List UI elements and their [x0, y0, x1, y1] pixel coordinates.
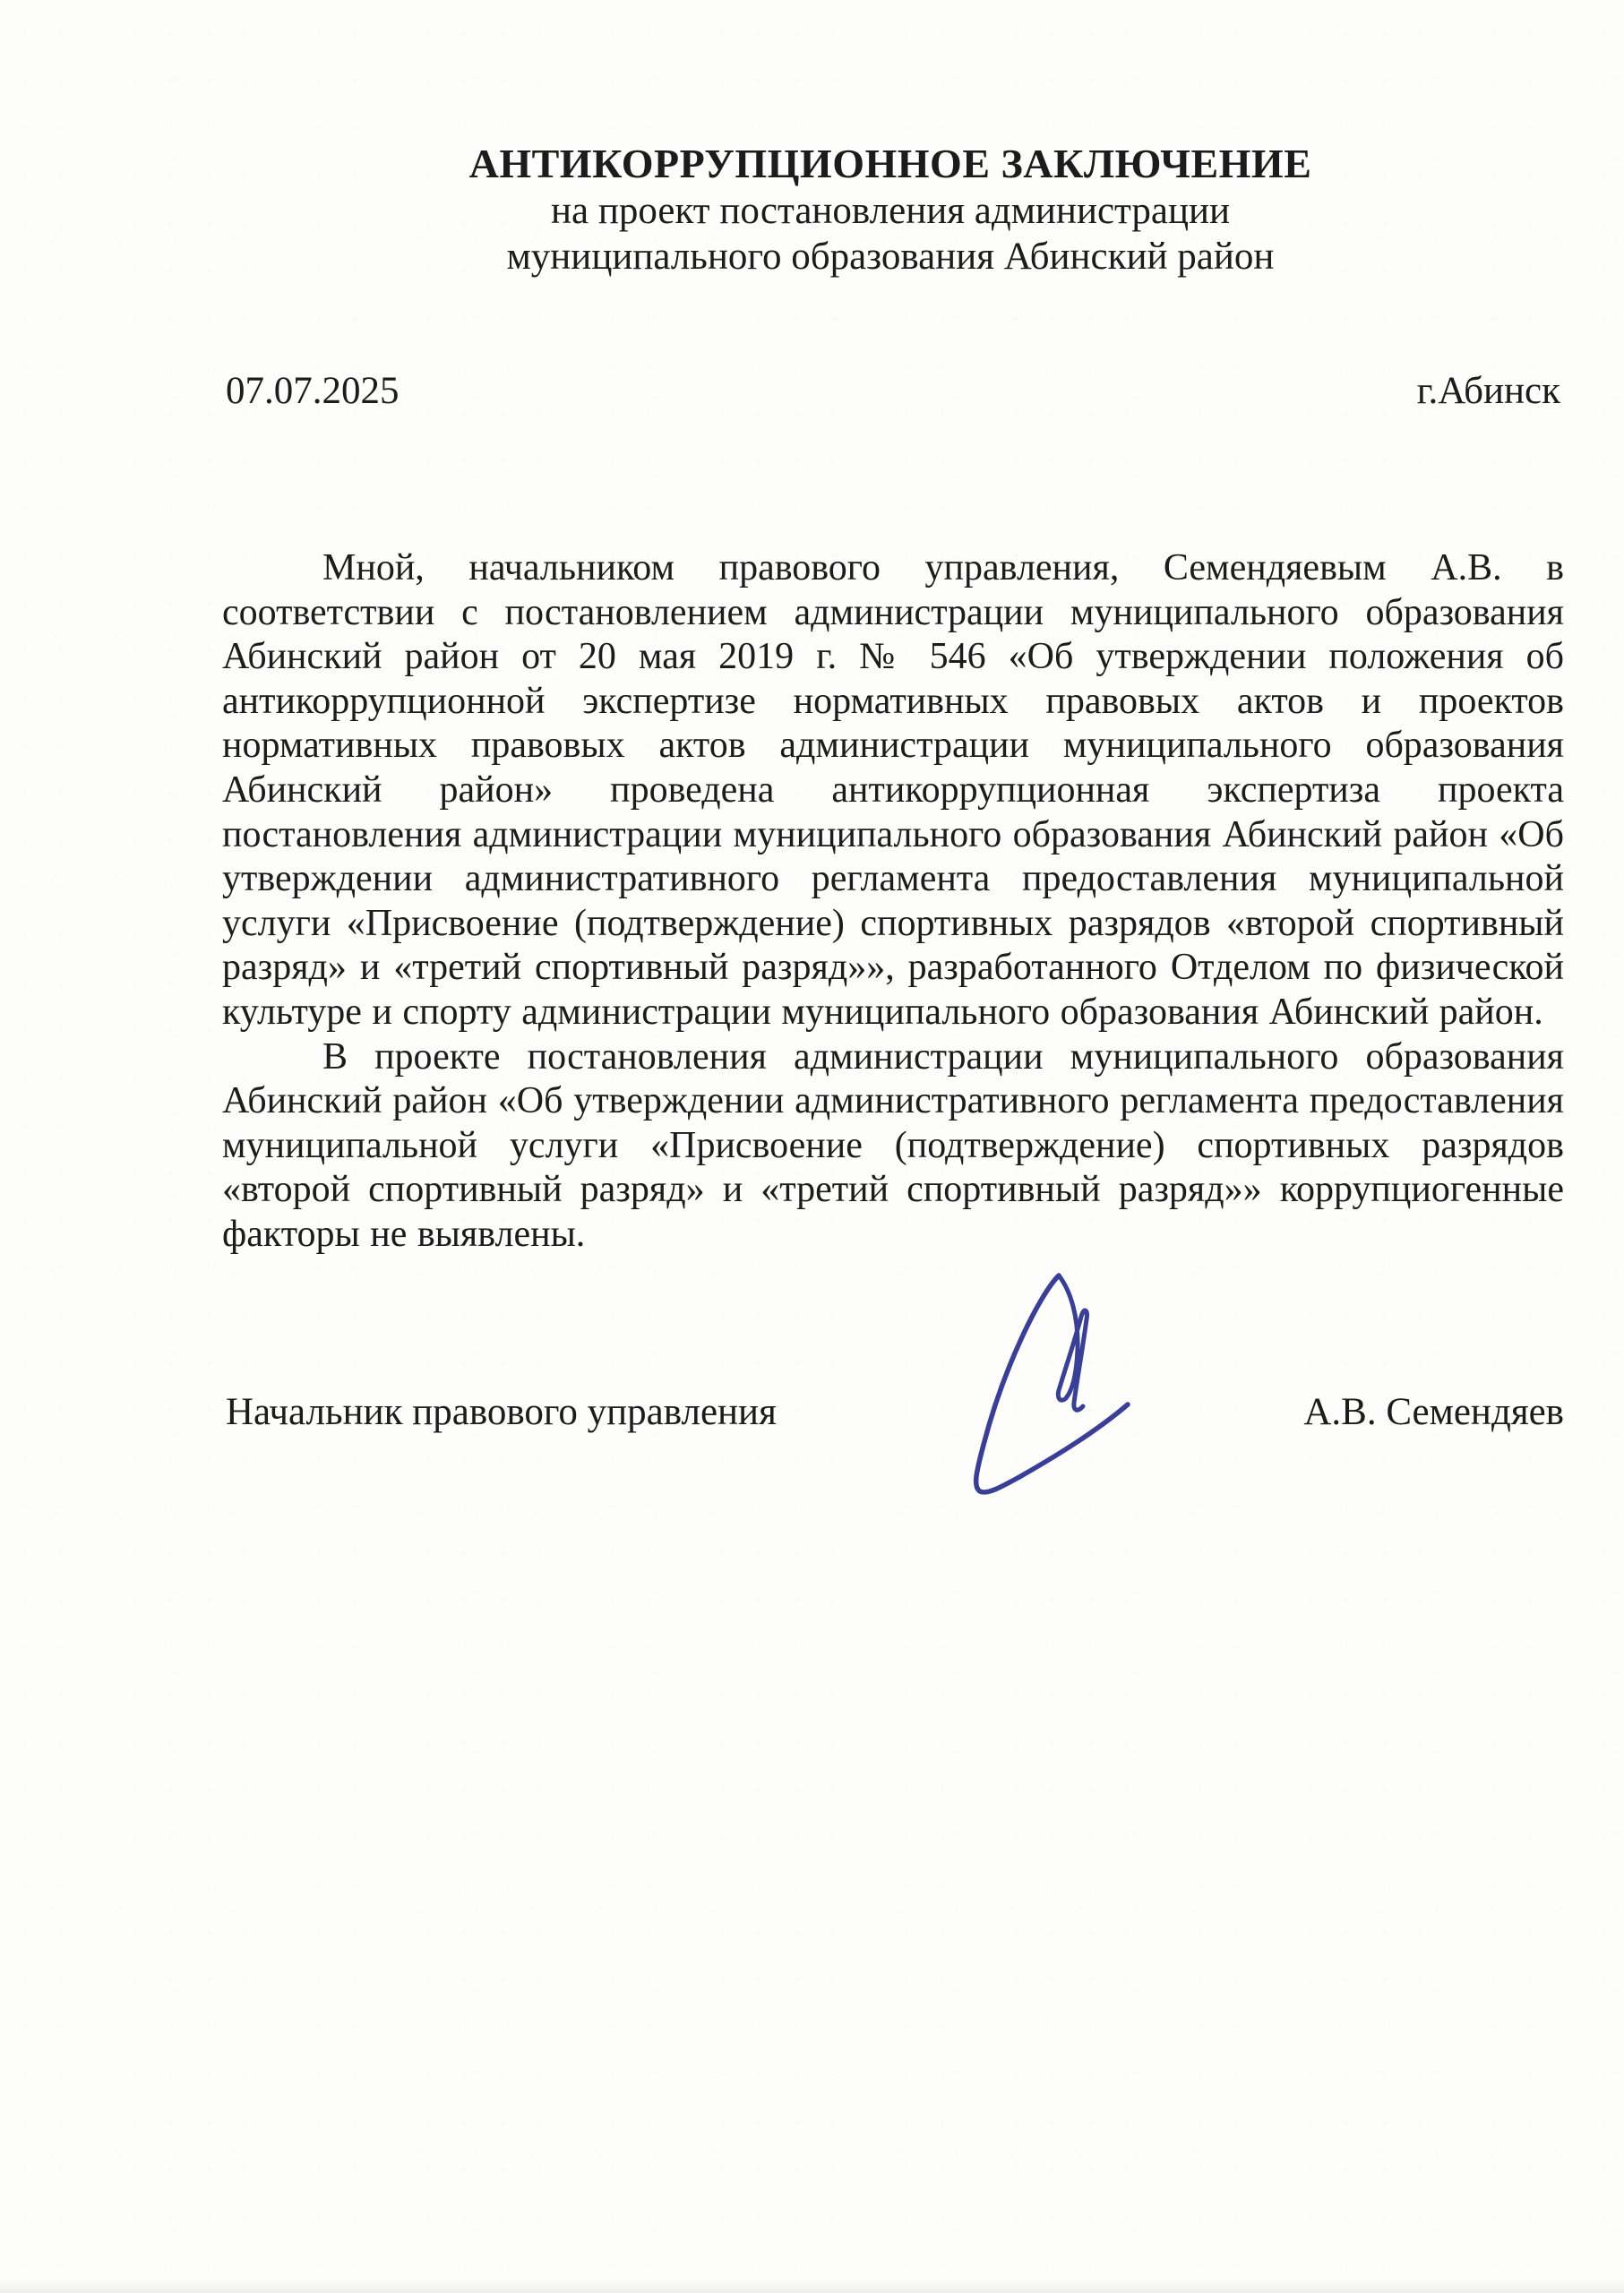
document-subtitle-line-2: муниципального образования Абинский райо… — [222, 234, 1559, 279]
signer-name: А.В. Семендяев — [1303, 1390, 1564, 1435]
document-title-block: АНТИКОРРУПЦИОННОЕ ЗАКЛЮЧЕНИЕ на проект п… — [222, 140, 1559, 279]
signer-title: Начальник правового управления — [226, 1390, 777, 1435]
document-date: 07.07.2025 — [226, 369, 400, 414]
document-title: АНТИКОРРУПЦИОННОЕ ЗАКЛЮЧЕНИЕ — [222, 140, 1559, 188]
document-subtitle-line-1: на проект постановления администрации — [222, 188, 1559, 234]
date-place-row: 07.07.2025 г.Абинск — [226, 369, 1560, 414]
document-body: Мной, начальником правового управления, … — [222, 546, 1564, 1258]
body-paragraph-2: В проекте постановления администрации му… — [222, 1035, 1564, 1258]
body-paragraph-1: Мной, начальником правового управления, … — [222, 546, 1564, 1035]
signature-row: Начальник правового управления А.В. Семе… — [226, 1390, 1564, 1435]
signature-stroke-loop — [976, 1275, 1128, 1492]
scanned-document-page: АНТИКОРРУПЦИОННОЕ ЗАКЛЮЧЕНИЕ на проект п… — [0, 0, 1624, 2293]
document-city: г.Абинск — [1417, 369, 1560, 414]
